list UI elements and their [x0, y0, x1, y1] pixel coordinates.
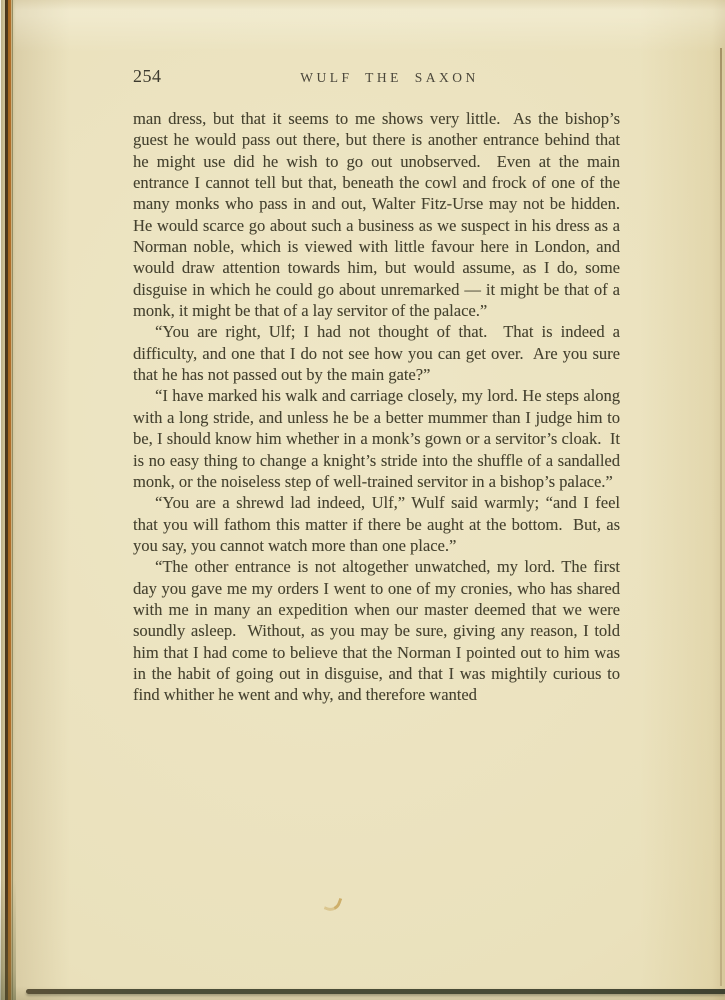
paragraph: “The other entrance is not altogether un…	[133, 556, 620, 705]
page-right-edge	[720, 48, 722, 986]
page-body-text: man dress, but that it seems to me shows…	[133, 108, 620, 706]
paragraph: “You are right, Ulf; I had not thought o…	[133, 321, 620, 385]
page-header: 254 WULF THE SAXON	[133, 66, 620, 90]
paragraph: “I have marked his walk and carriage clo…	[133, 385, 620, 492]
book-page-scan: 254 WULF THE SAXON man dress, but that i…	[0, 0, 725, 1000]
paragraph: man dress, but that it seems to me shows…	[133, 108, 620, 321]
paragraph: “You are a shrewd lad indeed, Ulf,” Wulf…	[133, 492, 620, 556]
running-title: WULF THE SAXON	[146, 70, 633, 86]
book-binding-edge	[0, 0, 16, 1000]
page-bottom-edge	[26, 989, 725, 994]
ink-smudge-mark	[324, 894, 343, 914]
